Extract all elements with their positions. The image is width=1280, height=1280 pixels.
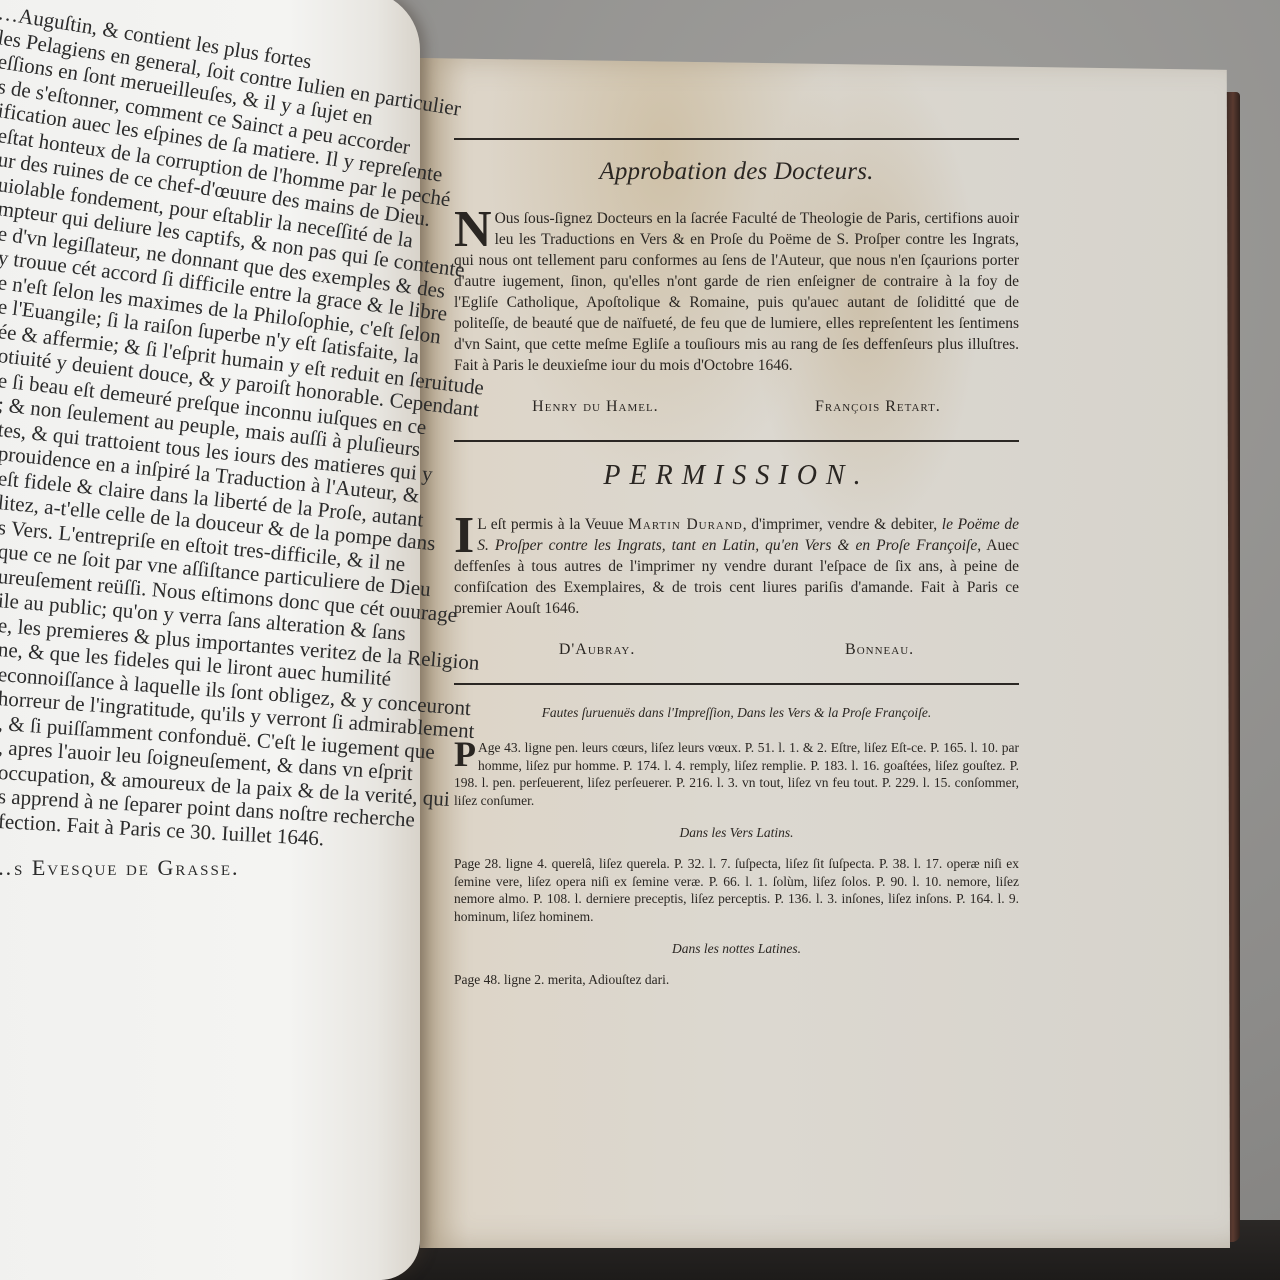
signatory-daubray: D'Aubray.	[559, 641, 636, 659]
right-page-content: Approbation des Docteurs. NOus ſous-ſign…	[454, 138, 1019, 989]
errata-latin-verse-title: Dans les Vers Latins.	[454, 825, 1019, 841]
errata-title: Fautes ſuruenuës dans l'Impreſſion, Dans…	[454, 705, 1019, 721]
signatory-du-hamel: Henry du Hamel.	[532, 398, 659, 416]
permission-title: PERMISSION.	[454, 460, 1019, 492]
approbation-title: Approbation des Docteurs.	[454, 158, 1019, 186]
approbation-dropcap: N	[454, 210, 492, 250]
approbation-signatures: Henry du Hamel. François Retart.	[454, 398, 1019, 416]
errata-latin-notes: Page 48. ligne 2. merita, Adiouſtez dari…	[454, 971, 1019, 989]
ornament-rule-top	[454, 138, 1019, 140]
errata-latin-verse: Page 28. ligne 4. querelâ, liſez querela…	[454, 855, 1019, 925]
errata-latin-notes-title: Dans les nottes Latines.	[454, 941, 1019, 957]
approbation-text: NOus ſous-ſignez Docteurs en la ſacrée F…	[454, 208, 1019, 376]
ornament-rule-errata	[454, 683, 1019, 685]
left-page: …Auguſtin, & contient les plus fortesles…	[0, 0, 420, 1280]
signatory-retart: François Retart.	[815, 398, 941, 416]
left-page-signature: …s Eveſque de Graſſe.	[0, 855, 240, 881]
right-page: Approbation des Docteurs. NOus ſous-ſign…	[420, 58, 1230, 1248]
ornament-rule-middle	[454, 440, 1019, 442]
printer-name: Martin Durand	[628, 516, 743, 533]
permission-text: IL eſt permis à la Veuue Martin Durand, …	[454, 514, 1019, 619]
permission-signatures: D'Aubray. Bonneau.	[454, 641, 1019, 659]
errata-dropcap: P	[454, 739, 476, 769]
errata-french: PAge 43. ligne pen. leurs cœurs, liſez l…	[454, 739, 1019, 809]
permission-dropcap: I	[454, 516, 474, 556]
signatory-bonneau: Bonneau.	[845, 641, 914, 659]
